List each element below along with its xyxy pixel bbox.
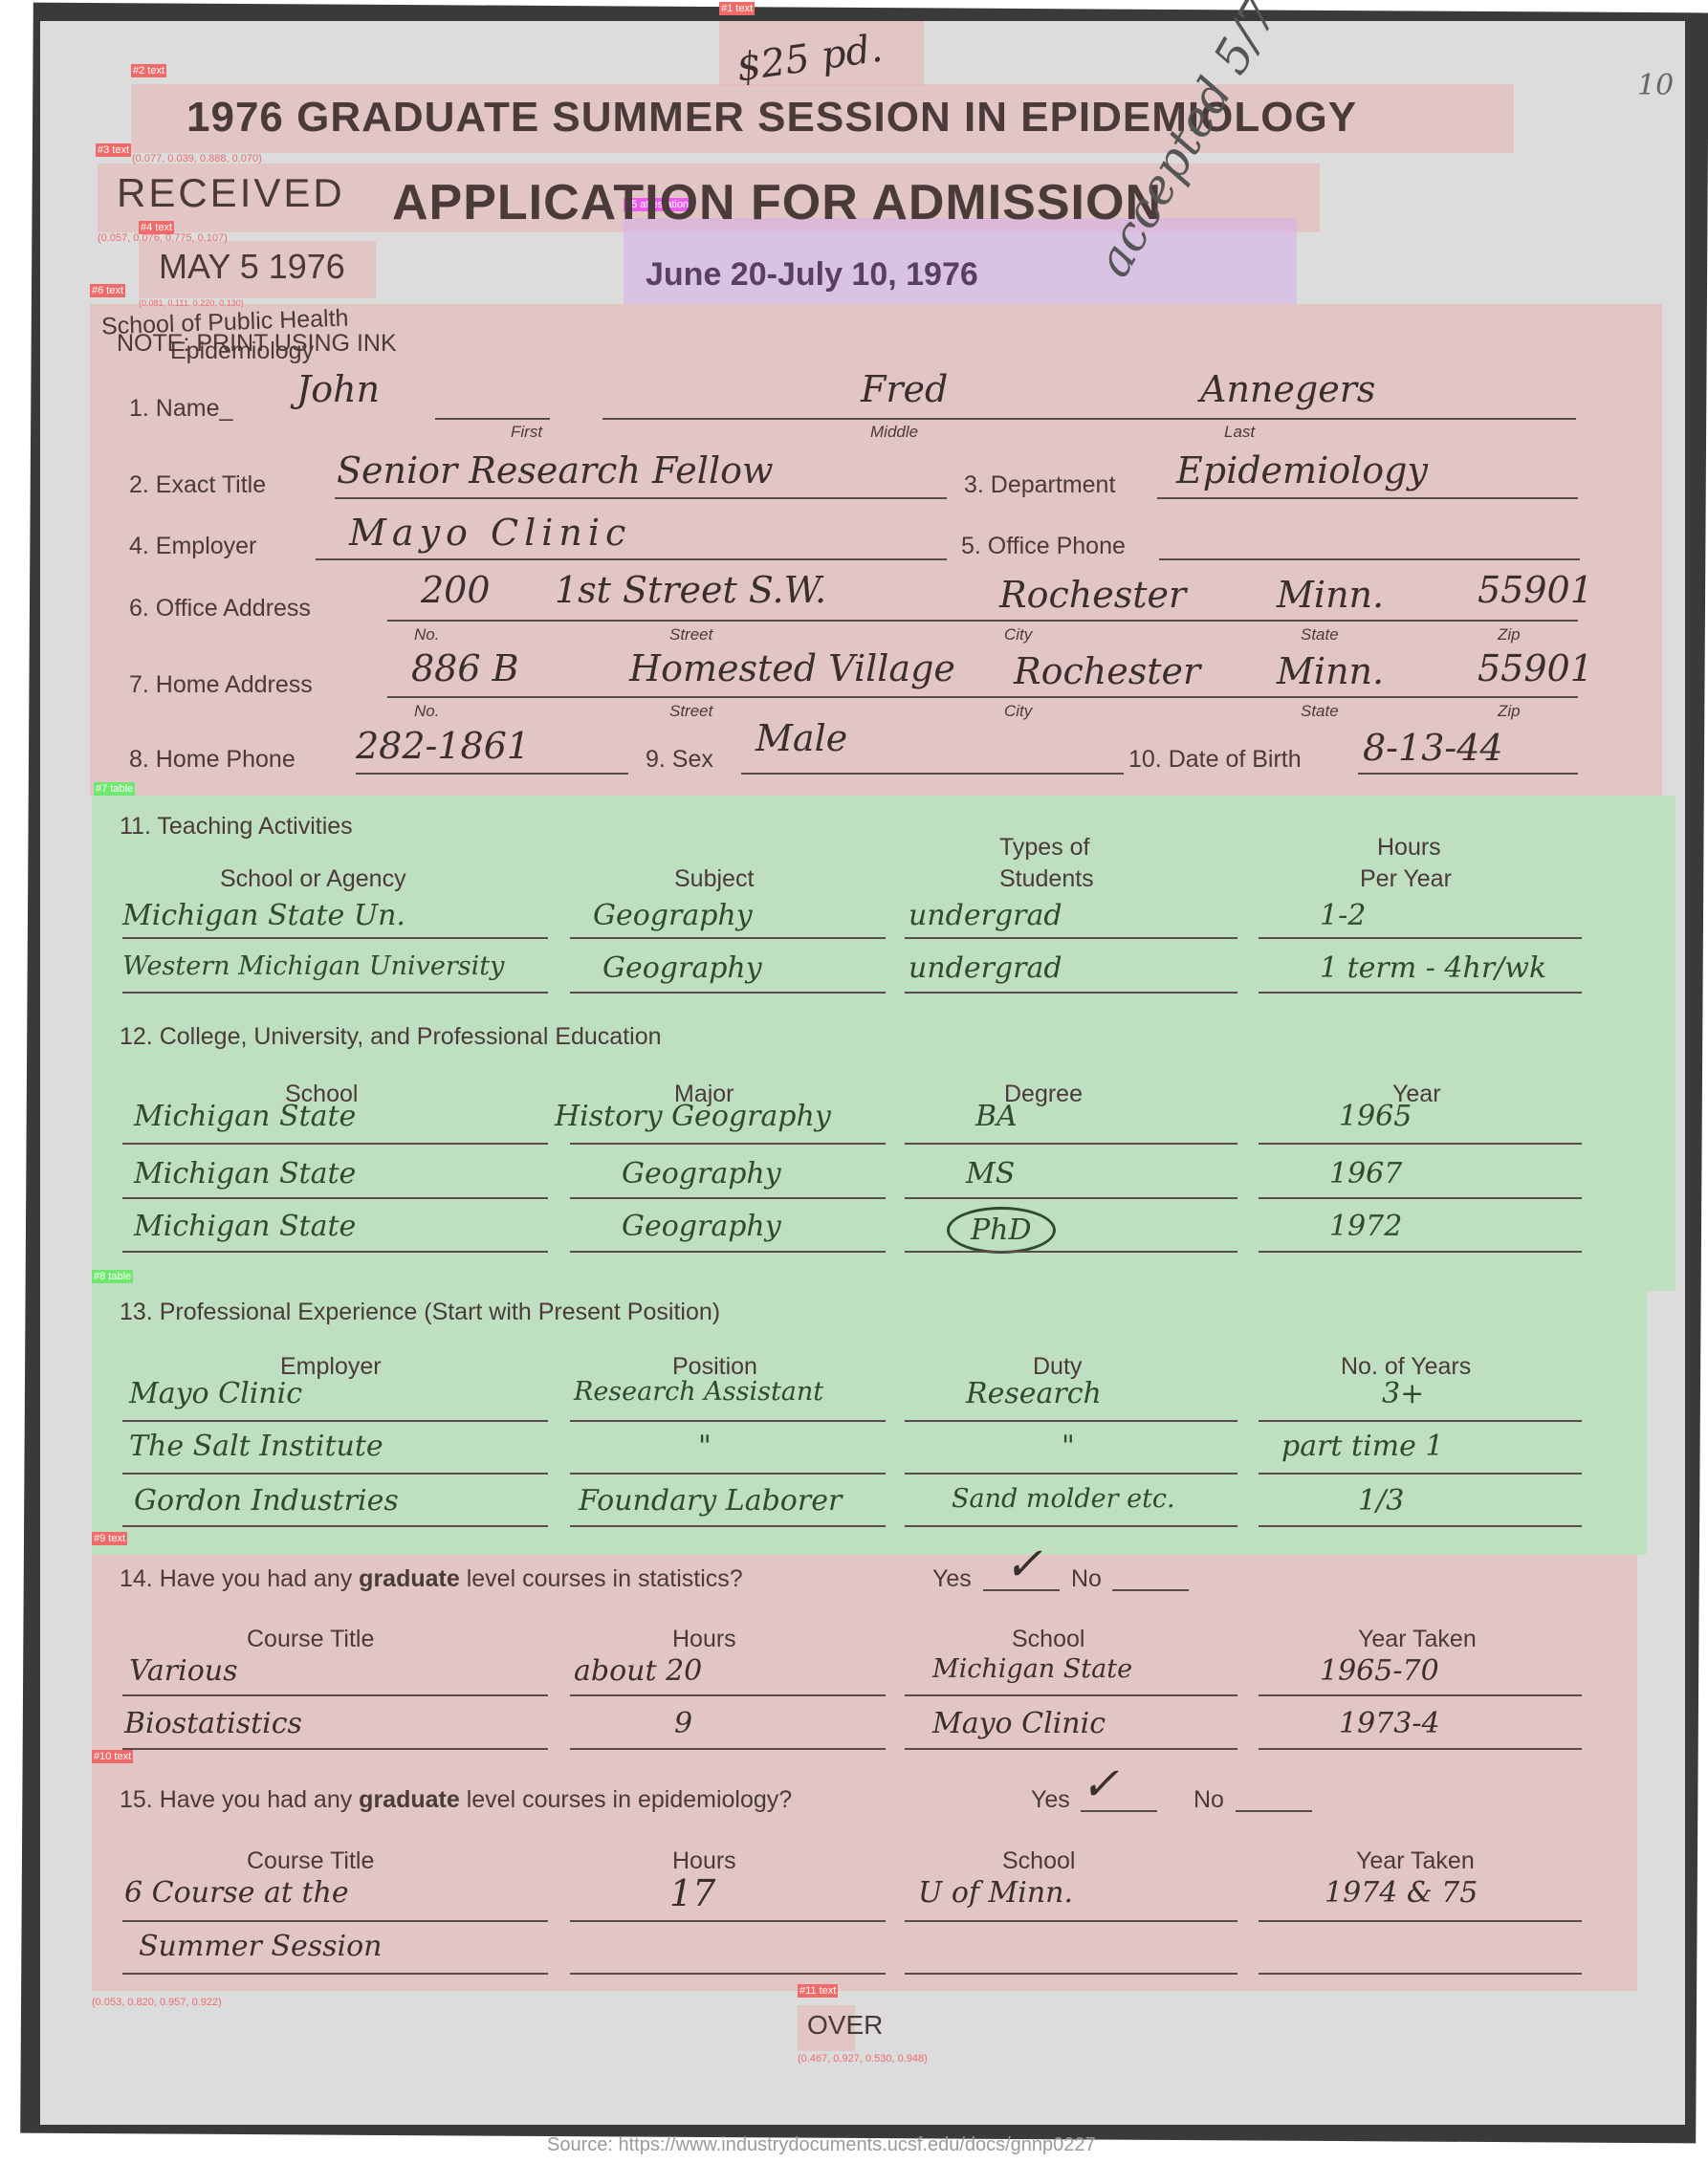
experience-duty[interactable]: Research	[966, 1377, 1102, 1410]
experience-line	[1259, 1420, 1582, 1422]
epidemiology-col-year: Year Taken	[1356, 1847, 1475, 1875]
education-degree[interactable]: MS	[966, 1157, 1015, 1191]
addr-caption-street: Street	[669, 702, 712, 721]
teaching-school[interactable]: Michigan State Un.	[122, 899, 405, 932]
education-line	[1259, 1143, 1582, 1145]
application-title: APPLICATION FOR ADMISSION	[392, 174, 1162, 231]
education-line	[122, 1197, 548, 1199]
statistics-hours[interactable]: 9	[674, 1707, 692, 1740]
experience-line	[122, 1473, 548, 1475]
teaching-line	[1259, 992, 1582, 994]
statistics-school[interactable]: Michigan State	[932, 1654, 1132, 1684]
department-line	[1157, 497, 1578, 499]
experience-duty[interactable]: "	[1062, 1430, 1075, 1463]
exact-title-label: 2. Exact Title	[129, 471, 266, 499]
annotation-tag: #8 table	[92, 1270, 133, 1283]
home-address-line	[387, 696, 1578, 698]
education-line	[905, 1143, 1237, 1145]
teaching-line	[905, 937, 1237, 939]
epidemiology-hours[interactable]: 17	[669, 1872, 715, 1914]
statistics-no-label: No	[1071, 1565, 1102, 1593]
dob-line	[1358, 773, 1578, 775]
home-address-city[interactable]: Rochester	[1014, 650, 1200, 692]
addr-caption-state: State	[1301, 702, 1339, 721]
epidemiology-line	[1259, 1920, 1582, 1922]
addr-caption-zip: Zip	[1498, 702, 1521, 721]
experience-line	[122, 1420, 548, 1422]
annotation-coords: (0.053, 0.820, 0.957, 0.922)	[92, 1997, 222, 2008]
education-school[interactable]: Michigan State	[134, 1210, 356, 1243]
statistics-course[interactable]: Biostatistics	[124, 1707, 302, 1740]
employer-line	[316, 558, 947, 560]
statistics-no-line[interactable]	[1112, 1589, 1189, 1591]
epidemiology-question-pre: 15. Have you had any	[120, 1786, 359, 1813]
last-name-value[interactable]: Annegers	[1200, 368, 1375, 410]
experience-years[interactable]: 3+	[1382, 1377, 1424, 1410]
statistics-line	[570, 1748, 886, 1750]
office-phone-line[interactable]	[1159, 558, 1580, 560]
statistics-col-course: Course Title	[247, 1626, 374, 1653]
teaching-line	[1259, 937, 1582, 939]
home-phone-value[interactable]: 282-1861	[356, 725, 530, 767]
annotation-coords: (0.467, 0.927, 0.530, 0.948)	[798, 2053, 928, 2065]
education-line	[122, 1251, 548, 1253]
experience-position[interactable]: "	[698, 1430, 712, 1463]
statistics-line	[1259, 1748, 1582, 1750]
education-line	[1259, 1251, 1582, 1253]
experience-position[interactable]: Foundary Laborer	[579, 1484, 842, 1518]
addr-caption-zip: Zip	[1498, 625, 1521, 645]
statistics-question-bold: graduate	[359, 1565, 460, 1592]
statistics-line	[122, 1748, 548, 1750]
exact-title-value[interactable]: Senior Research Fellow	[337, 449, 774, 492]
employer-label: 4. Employer	[129, 533, 256, 560]
education-major[interactable]: Geography	[622, 1157, 781, 1191]
sex-label: 9. Sex	[646, 746, 713, 774]
department-label: 3. Department	[964, 471, 1115, 499]
sex-value[interactable]: Male	[755, 717, 847, 759]
teaching-line	[570, 937, 886, 939]
home-address-label: 7. Home Address	[129, 671, 313, 699]
epidemiology-line	[122, 1973, 548, 1975]
office-address-city[interactable]: Rochester	[999, 574, 1186, 616]
epidemiology-col-hours: Hours	[672, 1847, 736, 1875]
annotation-tag: #6 text	[90, 284, 125, 297]
teaching-line	[122, 937, 548, 939]
education-line	[1259, 1197, 1582, 1199]
page-number: 10	[1637, 69, 1674, 102]
education-major[interactable]: History Geography	[555, 1100, 831, 1133]
office-phone-label: 5. Office Phone	[961, 533, 1126, 560]
middle-last-line	[602, 418, 1576, 420]
addr-caption-street: Street	[669, 625, 712, 645]
first-name-value[interactable]: John	[296, 368, 380, 410]
statistics-course[interactable]: Various	[129, 1654, 238, 1688]
statistics-col-school: School	[1012, 1626, 1084, 1653]
epidemiology-line	[905, 1973, 1237, 1975]
epidemiology-yes-check-icon: ✓	[1081, 1758, 1119, 1811]
first-caption: First	[511, 423, 542, 442]
education-line	[122, 1143, 548, 1145]
epidemiology-line	[905, 1920, 1237, 1922]
education-school[interactable]: Michigan State	[134, 1157, 356, 1191]
education-heading: 12. College, University, and Professiona…	[120, 1023, 662, 1051]
statistics-year[interactable]: 1965-70	[1320, 1654, 1439, 1688]
addr-caption-no: No.	[414, 702, 439, 721]
middle-caption: Middle	[870, 423, 918, 442]
experience-employer[interactable]: Gordon Industries	[134, 1484, 399, 1518]
statistics-question: 14. Have you had any graduate level cour…	[120, 1565, 743, 1593]
teaching-subject[interactable]: Geography	[593, 899, 753, 932]
education-major[interactable]: Geography	[622, 1210, 781, 1243]
department-value[interactable]: Epidemiology	[1176, 449, 1428, 492]
statistics-year[interactable]: 1973-4	[1339, 1707, 1440, 1740]
experience-line	[905, 1420, 1237, 1422]
statistics-line	[905, 1694, 1237, 1696]
over-label: OVER	[807, 2010, 883, 2041]
statistics-line	[1259, 1694, 1582, 1696]
teaching-subject[interactable]: Geography	[602, 951, 762, 985]
statistics-col-year: Year Taken	[1358, 1626, 1477, 1653]
annotation-tag: #11 text	[798, 1984, 838, 1998]
epidemiology-line	[570, 1920, 886, 1922]
annotation-coords: (0.081, 0.111, 0.220, 0.130)	[139, 298, 244, 308]
education-line	[905, 1197, 1237, 1199]
teaching-types[interactable]: undergrad	[909, 899, 1062, 932]
education-line	[570, 1143, 886, 1145]
epidemiology-course[interactable]: Summer Session	[139, 1930, 382, 1963]
experience-line	[905, 1473, 1237, 1475]
annotation-tag: #2 text	[131, 64, 166, 77]
epidemiology-question-bold: graduate	[359, 1786, 460, 1813]
dob-label: 10. Date of Birth	[1128, 746, 1302, 774]
experience-line	[905, 1525, 1237, 1527]
experience-line	[570, 1420, 886, 1422]
home-address-street[interactable]: Homested Village	[629, 647, 955, 689]
teaching-hours[interactable]: 1-2	[1320, 899, 1366, 932]
experience-line	[1259, 1525, 1582, 1527]
statistics-question-post: level courses in statistics?	[460, 1565, 743, 1592]
experience-years[interactable]: part time 1	[1281, 1430, 1444, 1463]
epidemiology-line	[1259, 1973, 1582, 1975]
teaching-school[interactable]: Western Michigan University	[122, 951, 504, 981]
statistics-hours[interactable]: about 20	[574, 1654, 702, 1688]
annotation-tag: #3 text	[96, 143, 131, 157]
experience-employer[interactable]: Mayo Clinic	[129, 1377, 302, 1410]
teaching-line	[122, 992, 548, 994]
first-name-line	[435, 418, 550, 420]
annotation-coords: (0.057, 0.076, 0.775, 0.107)	[98, 232, 228, 244]
experience-line	[570, 1473, 886, 1475]
teaching-hours[interactable]: 1 term - 4hr/wk	[1320, 951, 1546, 985]
office-address-zip[interactable]: 55901	[1478, 569, 1593, 611]
education-line	[905, 1251, 1237, 1253]
office-address-street[interactable]: 1st Street S.W.	[555, 569, 826, 611]
office-address-no[interactable]: 200	[421, 569, 491, 611]
education-year[interactable]: 1965	[1339, 1100, 1412, 1133]
office-address-line	[387, 620, 1578, 622]
teaching-heading: 11. Teaching Activities	[120, 813, 353, 841]
experience-employer[interactable]: The Salt Institute	[129, 1430, 383, 1463]
experience-line	[122, 1525, 548, 1527]
received-stamp-date: MAY 5 1976	[159, 247, 345, 287]
statistics-col-hours: Hours	[672, 1626, 736, 1653]
name-label: 1. Name_	[129, 395, 232, 423]
teaching-col-types-line2: Students	[999, 865, 1094, 893]
last-caption: Last	[1224, 423, 1255, 442]
epidemiology-col-school: School	[1002, 1847, 1075, 1875]
dob-value[interactable]: 8-13-44	[1363, 727, 1503, 769]
epidemiology-col-course: Course Title	[247, 1847, 374, 1875]
experience-duty[interactable]: Sand molder etc.	[952, 1484, 1175, 1514]
annotation-tag: #10 text	[92, 1750, 133, 1763]
annotation-tag: #1 text	[719, 2, 755, 15]
epidemiology-course[interactable]: 6 Course at the	[124, 1876, 349, 1910]
epidemiology-question: 15. Have you had any graduate level cour…	[120, 1786, 792, 1814]
education-year[interactable]: 1972	[1329, 1210, 1402, 1243]
home-phone-label: 8. Home Phone	[129, 746, 296, 774]
epidemiology-year[interactable]: 1974 & 75	[1325, 1876, 1478, 1910]
experience-position[interactable]: Research Assistant	[574, 1377, 823, 1407]
annotation-coords: (0.077, 0.039, 0.888, 0.070)	[132, 153, 262, 164]
home-address-state[interactable]: Minn.	[1277, 650, 1384, 692]
home-address-no[interactable]: 886 B	[411, 647, 519, 689]
annotation-tag: #7 table	[94, 782, 135, 796]
statistics-school[interactable]: Mayo Clinic	[932, 1707, 1106, 1740]
epidemiology-school[interactable]: U of Minn.	[918, 1876, 1073, 1910]
sex-line	[741, 773, 1124, 775]
epidemiology-yes-label: Yes	[1031, 1786, 1070, 1814]
teaching-col-hours-line2: Per Year	[1360, 865, 1452, 893]
statistics-line	[905, 1748, 1237, 1750]
employer-value[interactable]: Mayo Clinic	[349, 512, 631, 554]
epidemiology-line	[570, 1973, 886, 1975]
addr-caption-city: City	[1004, 702, 1032, 721]
statistics-yes-label: Yes	[932, 1565, 972, 1593]
education-school[interactable]: Michigan State	[134, 1100, 356, 1133]
statistics-question-pre: 14. Have you had any	[120, 1565, 359, 1592]
epidemiology-line	[122, 1920, 548, 1922]
education-degree[interactable]: BA	[975, 1100, 1018, 1133]
home-address-zip[interactable]: 55901	[1478, 647, 1593, 689]
teaching-line	[905, 992, 1237, 994]
experience-years[interactable]: 1/3	[1358, 1484, 1404, 1518]
session-dates: June 20-July 10, 1976	[646, 256, 978, 294]
received-stamp-label: RECEIVED	[117, 170, 345, 216]
teaching-col-subject: Subject	[674, 865, 754, 893]
experience-heading: 13. Professional Experience (Start with …	[120, 1299, 720, 1326]
teaching-line	[570, 992, 886, 994]
source-footer: Source: https://www.industrydocuments.uc…	[547, 2134, 1096, 2156]
teaching-col-types-line1: Types of	[999, 834, 1090, 862]
addr-caption-no: No.	[414, 625, 439, 645]
teaching-col-hours-line1: Hours	[1377, 834, 1441, 862]
experience-line	[570, 1525, 886, 1527]
experience-line	[1259, 1473, 1582, 1475]
addr-caption-state: State	[1301, 625, 1339, 645]
teaching-types[interactable]: undergrad	[909, 951, 1062, 985]
education-line	[570, 1251, 886, 1253]
middle-name-value[interactable]: Fred	[861, 368, 948, 410]
epidemiology-no-label: No	[1193, 1786, 1224, 1814]
statistics-line	[122, 1694, 548, 1696]
annotation-tag: #9 text	[92, 1532, 127, 1545]
stamp-org-line2: Epidemiology	[170, 338, 314, 365]
epidemiology-question-post: level courses in epidemiology?	[460, 1786, 792, 1813]
statistics-line	[570, 1694, 886, 1696]
statistics-yes-check-icon: ✓	[1004, 1538, 1042, 1591]
office-address-state[interactable]: Minn.	[1277, 574, 1384, 616]
education-degree[interactable]: PhD	[947, 1207, 1056, 1254]
education-year[interactable]: 1967	[1329, 1157, 1402, 1191]
teaching-col-school: School or Agency	[220, 865, 406, 893]
education-line	[570, 1197, 886, 1199]
epidemiology-no-line[interactable]	[1236, 1810, 1312, 1812]
office-address-label: 6. Office Address	[129, 595, 311, 623]
home-phone-line	[356, 773, 628, 775]
addr-caption-city: City	[1004, 625, 1032, 645]
exact-title-line	[335, 497, 947, 499]
